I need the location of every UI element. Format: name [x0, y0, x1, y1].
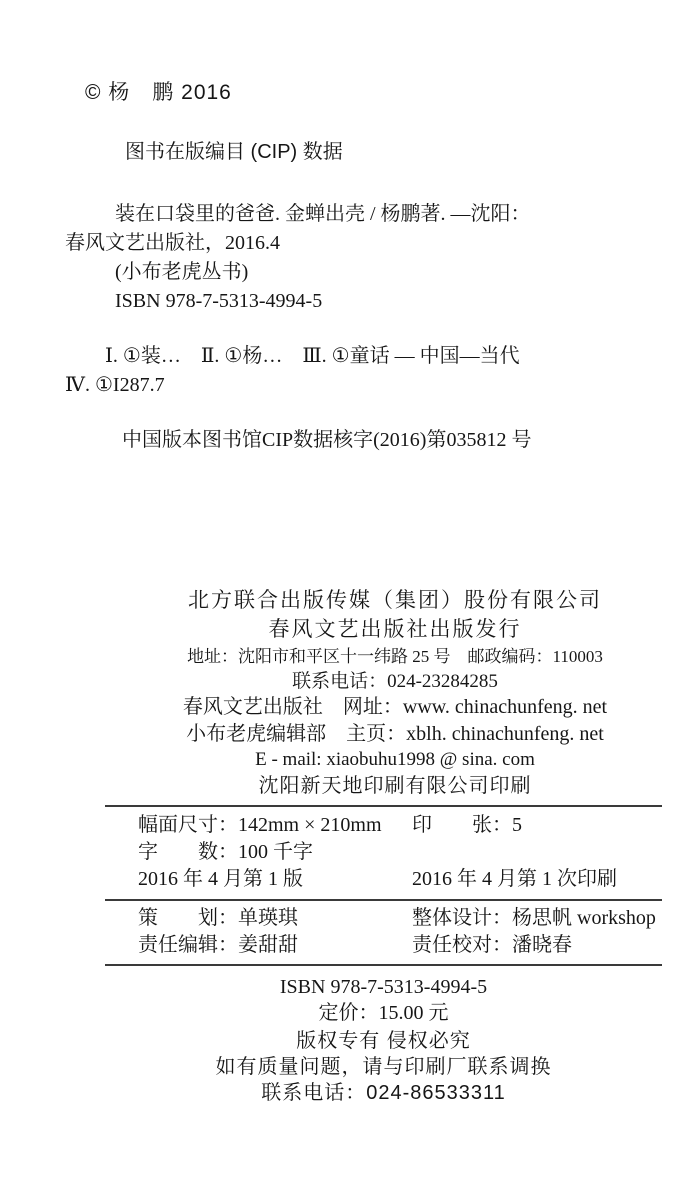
staff-planner: 策 划：单瑛琪 [105, 905, 412, 932]
colophon-isbn-price: ISBN 978-7-5313-4994-5 定价：15.00 元 [105, 966, 662, 1026]
price-line: 定价：15.00 元 [105, 1000, 662, 1026]
staff-editor: 责任编辑：姜甜甜 [105, 932, 412, 959]
staff-proofreader: 责任校对：潘晓春 [412, 932, 662, 959]
cip-imprint-statement: 春风文艺出版社，2016.4 [65, 229, 640, 258]
table-row: 责任编辑：姜甜甜 责任校对：潘晓春 [105, 932, 662, 959]
cip-record-number: 中国版本图书馆CIP数据核字(2016)第035812 号 [65, 426, 640, 455]
service-phone: 联系电话：024-86533311 [105, 1080, 662, 1106]
cip-title-statement: 装在口袋里的爸爸. 金蝉出壳 / 杨鹏著. —沈阳： [65, 200, 640, 229]
cip-series-statement: (小布老虎丛书) [65, 258, 640, 287]
publisher-imprint: 春风文艺出版社出版发行 [110, 615, 680, 644]
colophon-staff: 策 划：单瑛琪 整体设计：杨思帆 workshop 责任编辑：姜甜甜 责任校对：… [105, 901, 662, 966]
isbn-line: ISBN 978-7-5313-4994-5 [105, 974, 662, 1000]
table-row: 策 划：单瑛琪 整体设计：杨思帆 workshop [105, 905, 662, 932]
printer-name: 沈阳新天地印刷有限公司印刷 [110, 773, 680, 800]
spec-empty-cell [412, 839, 662, 866]
colophon-print-specs: 幅面尺寸：142mm × 210mm 印 张：5 字 数：100 千字 2016… [105, 807, 662, 901]
spec-word-count: 字 数：100 千字 [105, 839, 412, 866]
spec-edition: 2016 年 4 月第 1 版 [105, 866, 412, 893]
publisher-email: E - mail: xiaobuhu1998 @ sina. com [110, 747, 680, 773]
quality-notice: 如有质量问题，请与印刷厂联系调换 [105, 1054, 662, 1080]
rights-reserved-notice: 版权专有 侵权必究 [105, 1028, 662, 1054]
cip-classification-line2: Ⅳ. ①I287.7 [65, 371, 640, 400]
copyright-notice: © 杨 鹏 2016 [85, 76, 232, 106]
book-copyright-page: © 杨 鹏 2016 图书在版编目 (CIP) 数据 装在口袋里的爸爸. 金蝉出… [0, 0, 700, 1184]
cip-classification-line1: Ⅰ. ①装… Ⅱ. ①杨… Ⅲ. ①童话 — 中国—当代 [65, 342, 640, 371]
table-row: 2016 年 4 月第 1 版 2016 年 4 月第 1 次印刷 [105, 866, 662, 893]
publisher-group-name: 北方联合出版传媒（集团）股份有限公司 [110, 585, 680, 615]
rights-notices: 版权专有 侵权必究 如有质量问题，请与印刷厂联系调换 联系电话：024-8653… [105, 1028, 662, 1106]
table-row: 字 数：100 千字 [105, 839, 662, 866]
staff-designer: 整体设计：杨思帆 workshop [412, 905, 662, 932]
cip-record-block: 装在口袋里的爸爸. 金蝉出壳 / 杨鹏著. —沈阳： 春风文艺出版社，2016.… [65, 200, 640, 455]
spec-printing: 2016 年 4 月第 1 次印刷 [412, 866, 662, 893]
publisher-phone: 联系电话：024-23284285 [110, 669, 680, 694]
editorial-homepage: 小布老虎编辑部 主页：xblh. chinachunfeng. net [110, 721, 680, 747]
colophon-table: 幅面尺寸：142mm × 210mm 印 张：5 字 数：100 千字 2016… [105, 805, 662, 1026]
cip-isbn: ISBN 978-7-5313-4994-5 [65, 287, 640, 316]
spec-sheet-count: 印 张：5 [412, 812, 662, 839]
publisher-block: 北方联合出版传媒（集团）股份有限公司 春风文艺出版社出版发行 地址：沈阳市和平区… [110, 585, 680, 800]
cip-data-title: 图书在版编目 (CIP) 数据 [125, 135, 343, 164]
publisher-address: 地址：沈阳市和平区十一纬路 25 号 邮政编码：110003 [110, 644, 680, 669]
publisher-website: 春风文艺出版社 网址：www. chinachunfeng. net [110, 694, 680, 721]
spec-trim-size: 幅面尺寸：142mm × 210mm [105, 812, 412, 839]
table-row: 幅面尺寸：142mm × 210mm 印 张：5 [105, 812, 662, 839]
